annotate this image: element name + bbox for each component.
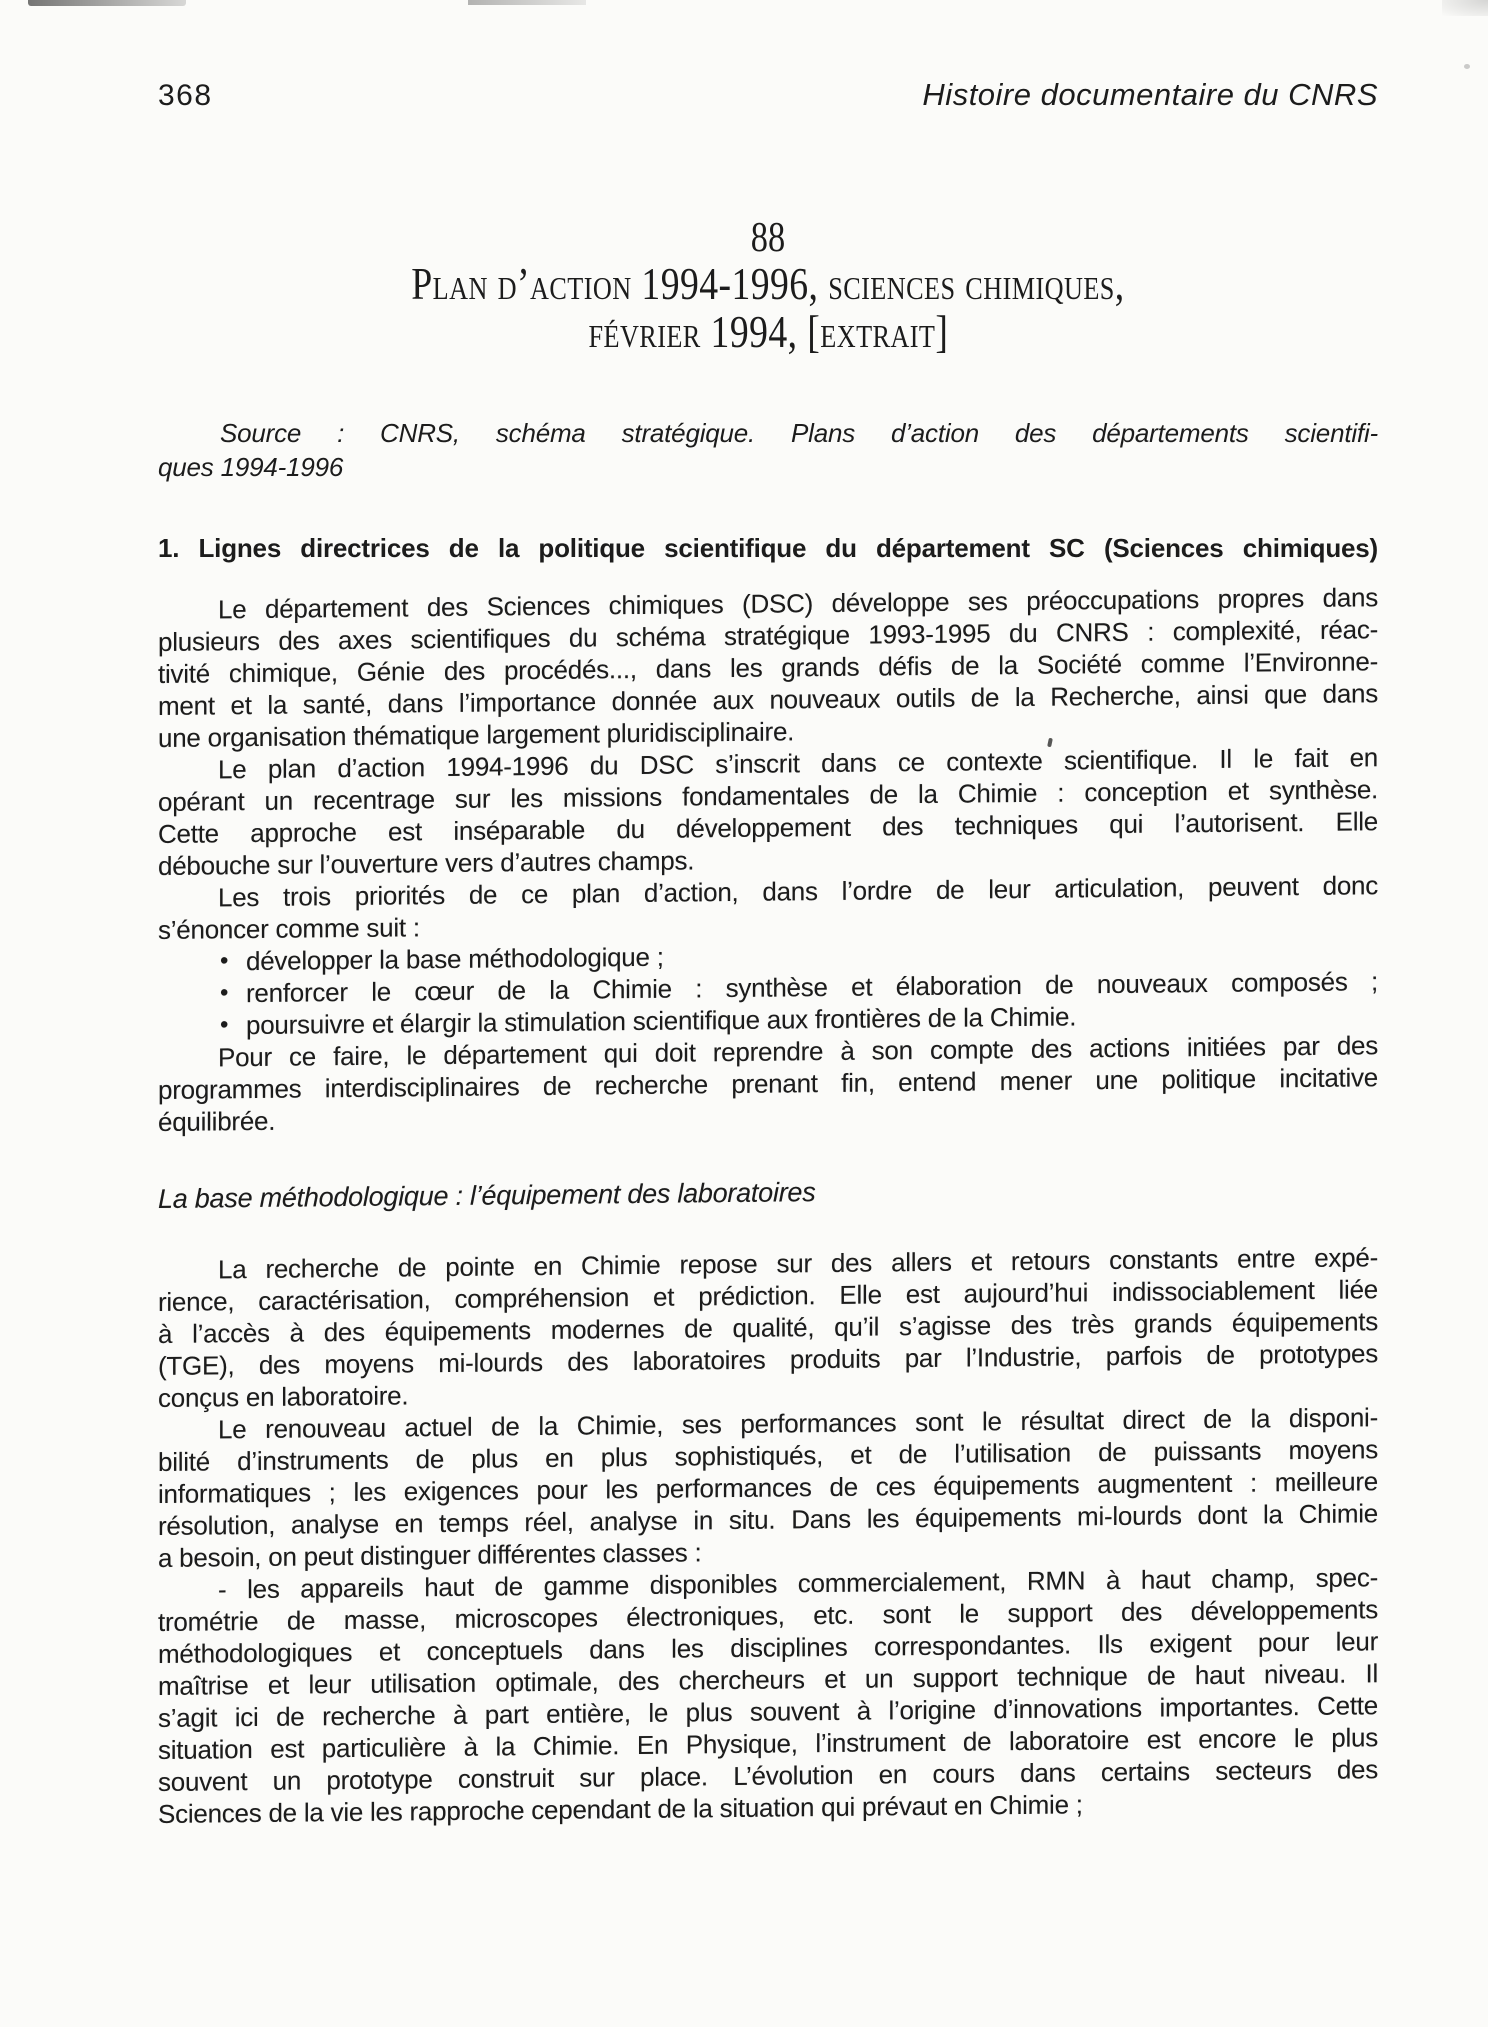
section-heading: 1. Lignes directrices de la politique sc…: [158, 532, 1378, 564]
source-note: Source : CNRS, schéma stratégique. Plans…: [158, 416, 1378, 484]
paragraph-4: Pour ce faire, le département qui doit r…: [158, 1029, 1378, 1138]
document-title-line-2: février 1994, [extrait]: [158, 308, 1378, 356]
running-title: Histoire documentaire du CNRS: [922, 78, 1378, 112]
page-number: 368: [158, 79, 213, 113]
document-title-block: 88 Plan d’action 1994-1996, sciences chi…: [158, 216, 1378, 356]
bullet-icon: •: [220, 977, 246, 1009]
document-title-line-1: Plan d’action 1994-1996, sciences chimiq…: [158, 260, 1378, 308]
scan-artifact: [1464, 64, 1470, 69]
paragraph-6: Le renouveau actuel de la Chimie, ses pe…: [158, 1401, 1378, 1574]
article-body: Le département des Sciences chimiques (D…: [158, 581, 1378, 1830]
scan-artifact: [28, 0, 186, 6]
scan-artifact: [1442, 0, 1488, 16]
scanned-page: 368 Histoire documentaire du CNRS 88 Pla…: [0, 0, 1488, 2027]
page-content: 368 Histoire documentaire du CNRS 88 Pla…: [158, 78, 1378, 1830]
paragraph-7: - les appareils haut de gamme disponible…: [158, 1561, 1378, 1830]
paragraph-1: Le département des Sciences chimiques (D…: [158, 581, 1378, 754]
scan-artifact: [468, 0, 586, 5]
bullet-icon: •: [220, 945, 246, 977]
running-header: 368 Histoire documentaire du CNRS: [158, 78, 1378, 113]
document-number: 88: [158, 216, 1378, 260]
source-line-1: Source : CNRS, schéma stratégique. Plans…: [158, 416, 1378, 450]
bullet-icon: •: [220, 1009, 246, 1041]
source-line-2: ques 1994-1996: [158, 450, 1378, 484]
subsection-heading: La base méthodologique : l’équipement de…: [158, 1169, 1378, 1216]
priority-list: • développer la base méthodologique ; • …: [158, 933, 1378, 1042]
paragraph-5: La recherche de pointe en Chimie repose …: [158, 1241, 1378, 1414]
paragraph-2: Le plan d’action 1994-1996 du DSC s’insc…: [158, 741, 1378, 882]
